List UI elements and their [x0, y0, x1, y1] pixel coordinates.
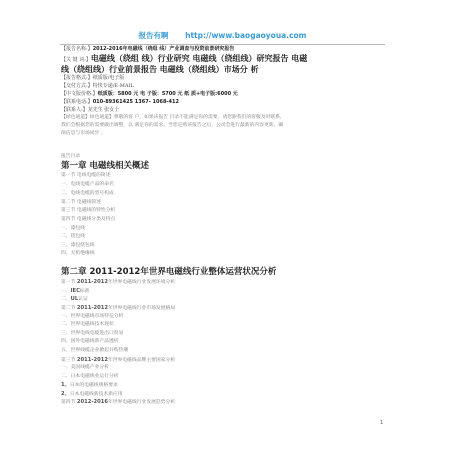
contact: 【联系人:】龙先生 张女士: [61, 108, 119, 113]
chapter1-title: 第一章 电磁线相关概述: [61, 162, 149, 171]
phone: 【联系电话:】010-89361425 1367- 1068-412: [61, 100, 179, 105]
toc-item: 四、无机绝缘线: [61, 252, 95, 257]
site-url[interactable]: http://www.baogaoyoua.com: [185, 31, 306, 40]
chapter2-title: 第二章 2011-2012年世界电磁线行业整体运营状况分析: [61, 268, 276, 277]
toc-item: 2、日本电磁线新技术新应用: [61, 392, 123, 398]
price-label: 【中文版价格:】: [61, 91, 98, 97]
green-channel-line3: 保信息与市场同步 。: [61, 132, 106, 137]
toc-item: 五、世界线缆企业掀起并购热潮: [61, 349, 128, 354]
toc-item: 一、漆包线: [61, 227, 85, 232]
keywords-line2: 线（绕组线）行业前景报告 电磁线（绕组线）市场分 析: [61, 65, 259, 73]
keywords-value-2: 线（绕组线）行业前景报告 电磁线（绕组线）市场分 析: [61, 64, 259, 74]
chapter2-prefix: 第二章: [61, 267, 89, 277]
toc-item: 第一节 2011-2012年世界电磁线行业发展环境分析: [61, 280, 175, 286]
toc-item: 第四节 电磁线分类及特点: [61, 218, 115, 223]
site-name: 报告有啊: [138, 31, 168, 40]
toc-item: 二、绕包线: [61, 235, 85, 240]
toc-item: 二、UL认证: [61, 297, 88, 303]
toc-title: 报告目录: [61, 155, 80, 160]
report-name-value: 2012-2016年电磁线（绕组 线）产业调查与投资前景研究报告: [93, 46, 235, 52]
green-channel-line1: 【绿色通道】绿色通道】尊敬的客 户，如果该报告 目录不能满足你的需要，请您跟我们…: [61, 116, 285, 121]
toc-item: 1、日本的电磁线规格要求: [61, 383, 118, 389]
phone-label: 【联系电话:】: [61, 99, 93, 105]
delivery-value: 特快专递/E-MAIL: [93, 83, 134, 89]
green-channel-line2: 我们会根据您的需要做出调整，以 满足你的需求。当您定购该报告之后，公司会进行最新…: [61, 124, 283, 129]
chapter2-suffix: 年世界电磁线行业整体运营状况分析: [140, 267, 276, 277]
format-label: 【报告格式:】: [61, 75, 93, 81]
toc-item: 一、IEC标准: [61, 289, 90, 295]
toc-item: 一、世界电磁线市场特征分析: [61, 315, 123, 320]
toc-item: 一、美国线缆产业分析: [61, 366, 109, 371]
report-name: 【报告名称:】2012-2016年电磁线（绕组 线）产业调查与投资前景研究报告: [61, 47, 234, 52]
toc-item: 一、电线电缆产品的命名: [61, 183, 114, 188]
delivery-label: 【交付方式:】: [61, 83, 93, 89]
report-name-label: 【报告名称:】: [61, 46, 93, 52]
contact-label: 【联系人:】: [61, 107, 88, 113]
format-value: 纸质版/电子版: [93, 75, 125, 81]
chapter2-years: 2011-2012: [89, 267, 140, 277]
phone-value: 010-89361425 1367- 1068-412: [93, 99, 179, 105]
toc-item: 三、漆包绕包线: [61, 244, 95, 249]
price-value: 纸质版：5800 元 电 子版：5700 元 纸 质+电子版:6000 元: [98, 91, 238, 97]
keywords-label: 【关 键 词:】: [61, 57, 91, 63]
price: 【中文版价格:】纸质版：5800 元 电 子版：5700 元 纸 质+电子版:6…: [61, 92, 238, 97]
delivery-method: 【交付方式:】特快专递/E-MAIL: [61, 84, 134, 89]
toc-item: 第一节 电线电缆的简述: [61, 174, 111, 179]
toc-item: 第三节 电磁线的特性分析: [61, 209, 115, 214]
toc-item: 二、世界电磁线技术现状: [61, 323, 114, 328]
keywords-line1: 【关 键 词:】电磁线（绕组 线）行业研究 电磁线（绕组线）研究报告 电磁: [61, 54, 307, 63]
page-number: 1: [380, 420, 383, 426]
page-header: 报告有啊 http://www.baogaoyoua.com: [60, 30, 385, 45]
toc-item: 第四节 2012-2016年世界电磁线行业发展趋势分析: [61, 400, 175, 406]
toc-item: 第二节 2011-2012年世界电磁线行业市场发展格局: [61, 306, 175, 312]
keywords-value-1: 电磁线（绕组 线）行业研究 电磁线（绕组线）研究报告 电磁: [91, 53, 307, 63]
toc-item: 三、世界电线电缆进出口贸易: [61, 332, 123, 337]
toc-item: 二、电线电缆的型号构成: [61, 192, 114, 197]
toc-item: 第三节 2011-2012年世界电磁线品牌主要国家分析: [61, 358, 175, 364]
toc-item: 四、国外电磁线新产品透析: [61, 340, 119, 345]
toc-item: 第二节 电磁线简述: [61, 201, 101, 206]
report-format: 【报告格式:】纸质版/电子版: [61, 76, 124, 81]
toc-item: 二、日本电磁线业运行分析: [61, 375, 119, 380]
contact-value: 龙先生 张女士: [88, 107, 120, 113]
document-page: 报告有啊 http://www.baogaoyoua.com 【报告名称:】20…: [0, 0, 452, 452]
